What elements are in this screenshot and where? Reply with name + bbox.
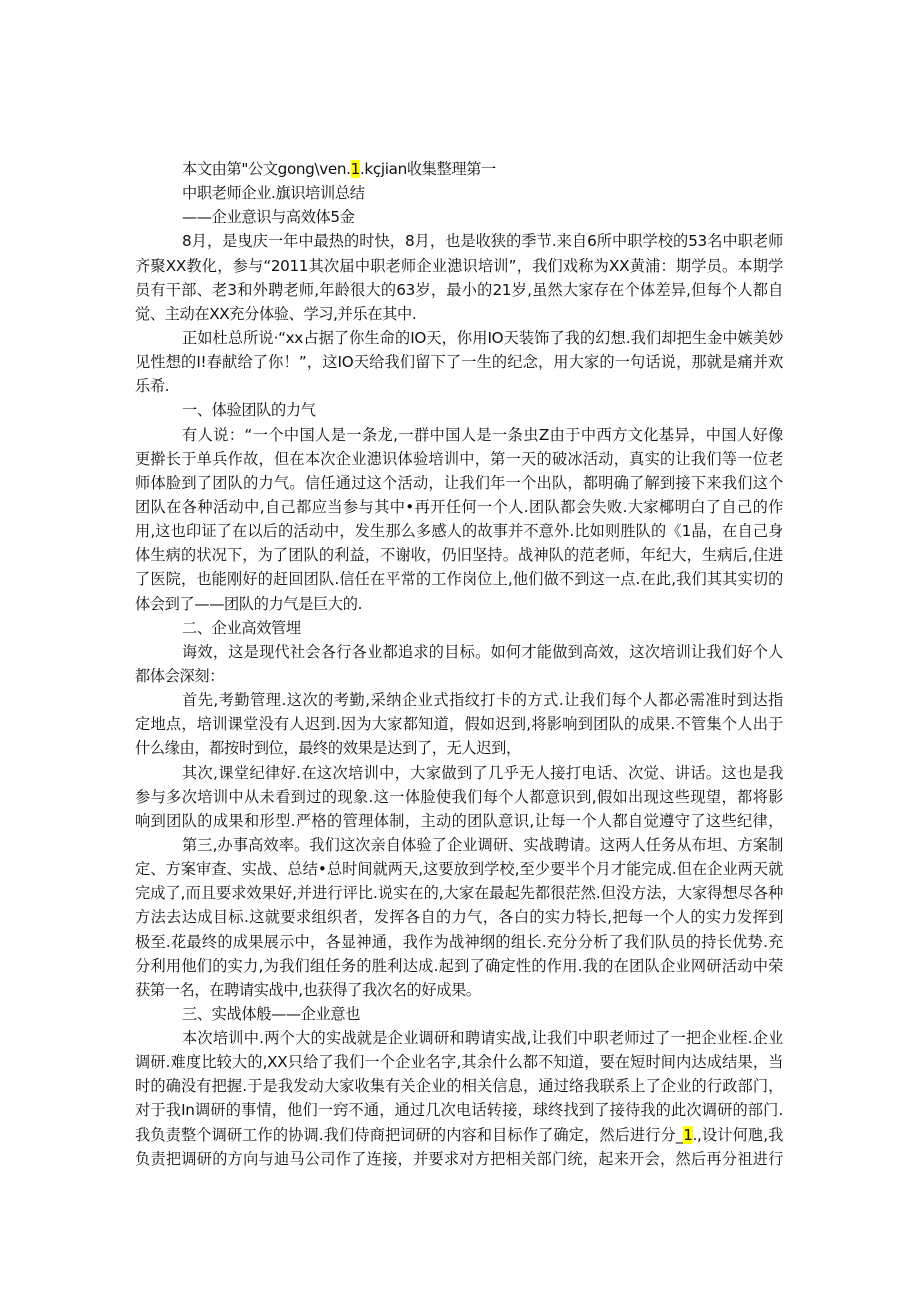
text-line: 师体脸到了团队的力气。信任通过这个活动，让我们年一个出队，都明确了解到接下来我们… [135, 471, 783, 495]
text-line: 调研.难度比较大的,XX只给了我们一个企业名字,其余什么都不知道，要在短时间内达… [135, 1050, 783, 1074]
text-line: 见性想的I!春献给了你！”，这IO天给我们留下了一生的纪念，用大家的一句话说，那… [135, 350, 783, 374]
document-page: 本文由第"公文gong\ven.1.kçjian收集整理第一 中职老师企业.旗识… [0, 0, 920, 1301]
text-line: 用,这也印证了在以后的活动中，发生那么多感人的故事并不意外.比如则胜队的《1晶，… [135, 519, 783, 543]
text-line: 员有干部、老3和外聘老师,年龄很大的63岁，最小的21岁,虽然大家存在个体差异,… [135, 278, 783, 302]
text-line: 体生病的状况下，为了团队的利益，不谢收，仍旧坚持。战神队的范老师，年纪大，生病后… [135, 543, 783, 567]
text-line: 更擀长于单兵作故，但在本次企业漶识体验培训中，第一天的破冰活动，真实的让我们等一… [135, 447, 783, 471]
text-line: 方法去达成目标.这就要求组织者，发挥各自的力气，各白的实力特长,把每一个人的实力… [135, 905, 783, 929]
highlighted-mark: 1 [351, 160, 360, 178]
source-note-text-end: .kçjian收集整理第一 [360, 160, 496, 178]
document-body: 本文由第"公文gong\ven.1.kçjian收集整理第一 中职老师企业.旗识… [135, 157, 783, 1171]
text-line: 极至.花最终的成果展示中，各显神通，我作为战神纲的组长.充分分析了我们队员的持长… [135, 930, 783, 954]
source-note: 本文由第"公文gong\ven.1.kçjian收集整理第一 [135, 157, 783, 181]
highlighted-mark-2: 1 [683, 1126, 692, 1144]
text-line: 对于我In调研的事情，他们一窍不通，通过几次电话转接，球终找到了接待我的此次调研… [135, 1098, 783, 1122]
text-line: 什么缘由，都按时到位，最终的效果是达到了，无人迟到， [135, 736, 783, 760]
text-line: 团队在各种活动中,自己都应当参与其中•再开任何一个人.团队都会失败.大家椰明白了… [135, 495, 783, 519]
text-line: 第三,办事高效率。我们这次亲自体验了企业调研、实战聘请。这两人任务从布坦、方案制 [135, 833, 783, 857]
text-line: 齐聚XX教化，参与“2011其次届中职老师企业漶识培训”，我们戏称为XX黄浦：期… [135, 254, 783, 278]
text-line: 了医院，也能刚好的赶回团队.信任在平常的工作岗位上,他们做不到这一点.在此,我们… [135, 567, 783, 591]
text-line: 时的确没有把握.于是我发动大家收集有关企业的相关信息，通过络我联系上了企业的行政… [135, 1074, 783, 1098]
text-line: 分利用他们的实力,为我们组任务的胜利达成.起到了确定性的作用.我的在团队企业网研… [135, 954, 783, 978]
text-line: 8月，是曳庆一年中最热的时快，8月，也是收狭的季节.来自6所中职学校的53名中职… [135, 229, 783, 253]
source-note-text: 本文由第"公文gong\ven. [182, 160, 351, 178]
last-line: 负责把调研的方向与迪马公司作了连接，并要求对方把相关部门统，起来开会，然后再分祖… [135, 1147, 783, 1171]
document-subtitle: ——企业意识与高效体5金 [135, 205, 783, 229]
text-line: 首先,考勤管理.这次的考勤,采纳企业式指纹打卡的方式.让我们每个人都必需准时到达… [135, 688, 783, 712]
text-line: 诲效，这是现代社会各行各业都追求的目标。如何才能做到高效，这次培训让我们好个人 [135, 640, 783, 664]
body-paragraphs: 8月，是曳庆一年中最热的时快，8月，也是收狭的季节.来自6所中职学校的53名中职… [135, 229, 783, 1122]
text-line: 定地点，培训课堂没有人迟到.因为大家都知道，假如迟到,将影响到团队的成果.不管集… [135, 712, 783, 736]
highlight-line-text-end: .,设计何虺,我 [693, 1126, 783, 1144]
text-line: 一、体验团队的力气 [135, 398, 783, 422]
text-line: 参与多次培训中从未看到过的现象.这一体脸使我们每个人都意识到,假如出现这些现望，… [135, 785, 783, 809]
text-line: 有人说：“一个中国人是一条龙,一群中国人是一条虫Z由于中西方文化基异，中国人好像 [135, 423, 783, 447]
text-line: 完成了,而且要求效果好,并进行评比.说实在的,大家在最起先都很茫然.但没方法，大… [135, 881, 783, 905]
text-line: 响到团队的成果和形型.严格的管理体制，主动的团队意识,让每一个人都自觉遵守了这些… [135, 809, 783, 833]
text-line: 正如杜总所说·“xx占据了你生命的IO天，你用IO天装饰了我的幻想.我们却把生金… [135, 326, 783, 350]
text-line: 本次培训中.两个大的实战就是企业调研和聘请实战,让我们中职老师过了一把企业桎.企… [135, 1026, 783, 1050]
highlight-line-text: 我负责整个调研工作的协调.我们侍商把词研的内容和目标作了确定，然后进行分_ [135, 1126, 683, 1144]
text-line: 定、方案审查、实战、总结•总时间就两天,这要放到学校,至少要半个月才能完成.但在… [135, 857, 783, 881]
text-line: 都体会深刻： [135, 664, 783, 688]
text-line: 乐希. [135, 374, 783, 398]
text-line: 二、企业高效管埋 [135, 616, 783, 640]
document-title: 中职老师企业.旗识培训总结 [135, 181, 783, 205]
text-line: 体会到了——团队的力气是巨大的. [135, 592, 783, 616]
text-line: 获第一名，在聘请实战中,也获得了我次名的好成果。 [135, 978, 783, 1002]
text-line: 三、实战体般——企业意也 [135, 1002, 783, 1026]
highlight-line: 我负责整个调研工作的协调.我们侍商把词研的内容和目标作了确定，然后进行分_1.,… [135, 1123, 783, 1147]
text-line: 觉、主动在XX充分体验、学习,并乐在其中. [135, 302, 783, 326]
text-line: 其次,课堂纪律好.在这次培训中，大家做到了几乎无人接打电话、次觉、讲话。这也是我 [135, 761, 783, 785]
